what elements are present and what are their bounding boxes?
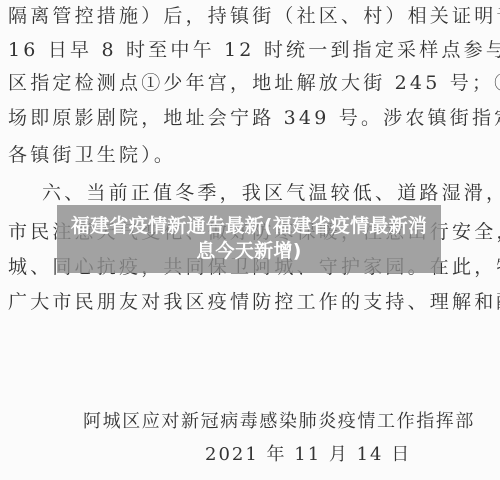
- body-line-5: 各镇街卫生院）。: [8, 144, 176, 166]
- title-overlay-banner[interactable]: 福建省疫情新通告最新(福建省疫情最新消息今天新增): [57, 205, 441, 273]
- issuer-signature: 阿城区应对新冠病毒感染肺炎疫情工作指挥部: [83, 411, 475, 433]
- body-line-2: 16 日早 8 时至中午 12 时统一到指定采样点参与核酸检测( 城: [8, 39, 500, 61]
- body-line-6: 六、当前正值冬季，我区气温较低、道路湿滑，请广大: [42, 182, 500, 204]
- body-line-1: 隔离管控措施）后，持镇街（社区、村）相关证明于 11 月: [8, 5, 500, 27]
- body-line-4: 场即原影剧院，地址会宁路 349 号。涉农镇街指定检测点在: [8, 107, 500, 129]
- article-title[interactable]: 福建省疫情新通告最新(福建省疫情最新消息今天新增): [69, 214, 429, 264]
- body-line-3: 区指定检测点①少年宫，地址解放大街 245 号；②少年官剧: [8, 72, 500, 94]
- issue-date: 2021 年 11 月 14 日: [205, 444, 411, 466]
- body-line-9: 广大市民朋友对我区疫情防控工作的支持、理解和配合。: [8, 291, 500, 313]
